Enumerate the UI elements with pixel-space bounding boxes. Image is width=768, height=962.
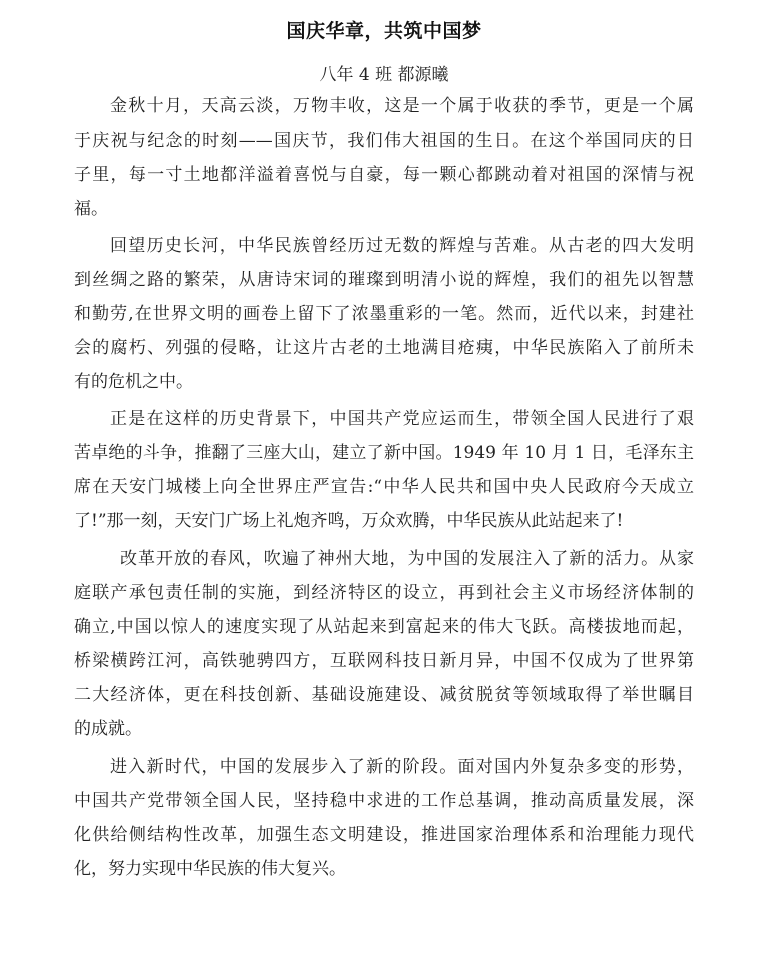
paragraph-line: 化供给侧结构性改革，加强生态文明建设，推进国家治理体系和治理能力现代 [74,824,694,846]
paragraph-line: 庭联产承包责任制的实施，到经济特区的设立，再到社会主义市场经济体制的 [74,582,694,604]
author-byline: 八年 4 班 都源曦 [0,60,768,85]
paragraph-line: 福。 [74,198,694,220]
paragraph-line: 二大经济体，更在科技创新、基础设施建设、减贫脱贫等领域取得了举世瞩目 [74,684,694,706]
paragraph-line: 中国共产党带领全国人民，坚持稳中求进的工作总基调，推动高质量发展，深 [74,790,694,812]
paragraph-line: 席在天安门城楼上向全世界庄严宣告:“中华人民共和国中央人民政府今天成立 [74,476,694,498]
paragraph-line: 改革开放的春风，吹遍了神州大地，为中国的发展注入了新的活力。从家 [120,548,694,570]
document-page: 国庆华章，共筑中国梦 八年 4 班 都源曦 金秋十月，天高云淡，万物丰收，这是一… [0,0,768,962]
paragraph-line: 桥梁横跨江河，高铁驰骋四方，互联网科技日新月异，中国不仅成为了世界第 [74,650,694,672]
paragraph-line: 苦卓绝的斗争，推翻了三座大山，建立了新中国。1949 年 10 月 1 日，毛泽… [74,442,694,464]
paragraph-line: 金秋十月，天高云淡，万物丰收，这是一个属于收获的季节，更是一个属 [110,95,694,117]
paragraph-line: 确立,中国以惊人的速度实现了从站起来到富起来的伟大飞跃。高楼拔地而起， [74,616,694,638]
paragraph-line: 和勤劳,在世界文明的画卷上留下了浓墨重彩的一笔。然而，近代以来，封建社 [74,303,694,325]
paragraph-line: 有的危机之中。 [74,371,694,393]
paragraph-line: 子里，每一寸土地都洋溢着喜悦与自豪，每一颗心都跳动着对祖国的深情与祝 [74,164,694,186]
paragraph-line: 到丝绸之路的繁荣，从唐诗宋词的璀璨到明清小说的辉煌，我们的祖先以智慧 [74,269,694,291]
paragraph-line: 正是在这样的历史背景下，中国共产党应运而生，带领全国人民进行了艰 [110,408,694,430]
paragraph-line: 进入新时代，中国的发展步入了新的阶段。面对国内外复杂多变的形势， [110,756,694,778]
paragraph-line: 的成就。 [74,718,694,740]
paragraph-line: 回望历史长河，中华民族曾经历过无数的辉煌与苦难。从古老的四大发明 [110,235,694,257]
paragraph-line: 于庆祝与纪念的时刻——国庆节，我们伟大祖国的生日。在这个举国同庆的日 [74,130,694,152]
paragraph-line: 会的腐朽、列强的侵略，让这片古老的土地满目疮痍，中华民族陷入了前所未 [74,337,694,359]
essay-title: 国庆华章，共筑中国梦 [0,16,768,43]
paragraph-line: 了!”那一刻，天安门广场上礼炮齐鸣，万众欢腾，中华民族从此站起来了! [74,510,694,532]
paragraph-line: 化，努力实现中华民族的伟大复兴。 [74,858,694,880]
